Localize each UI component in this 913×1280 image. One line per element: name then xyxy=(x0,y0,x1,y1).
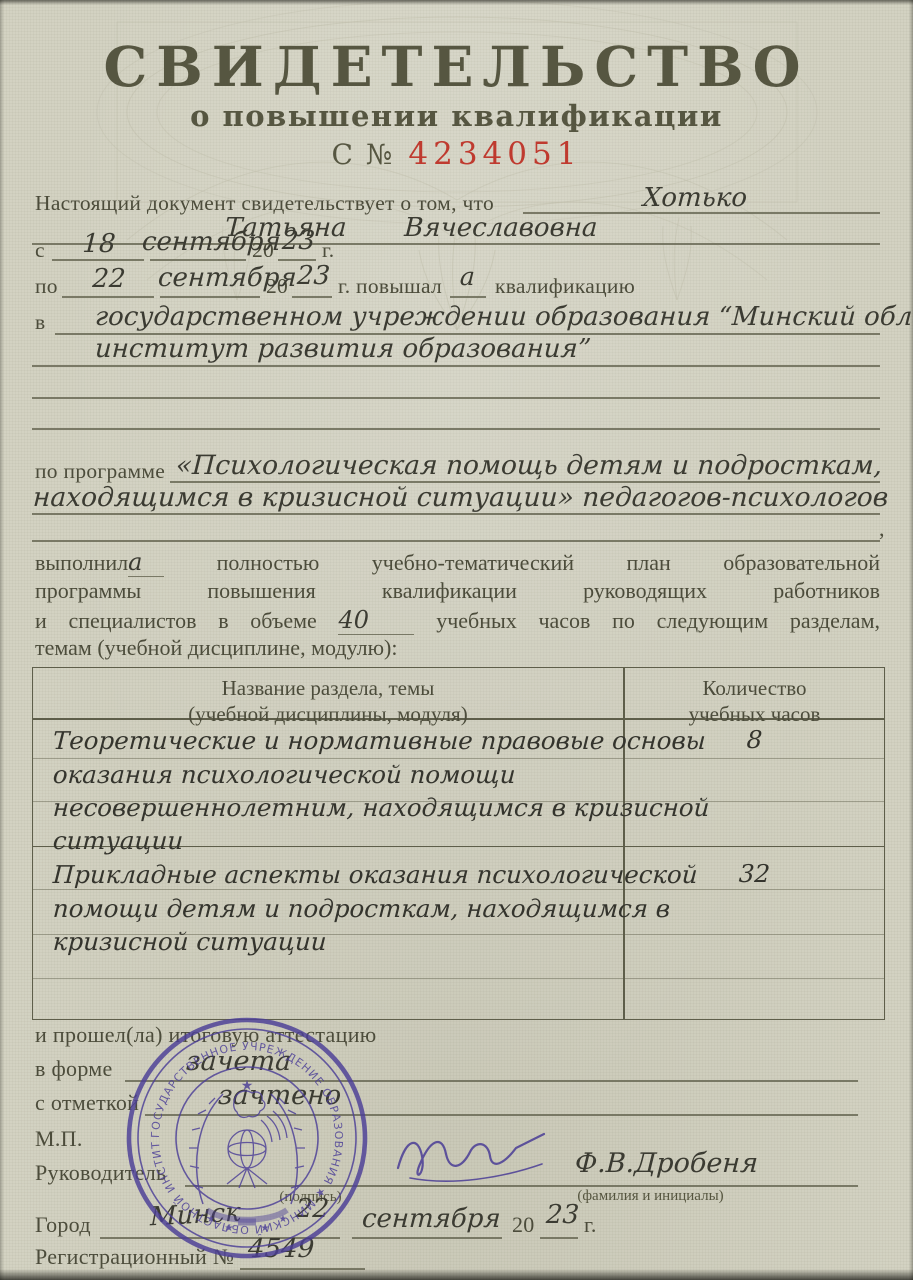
from-month-value: сентября xyxy=(141,227,281,257)
gender-ending-value: а xyxy=(459,262,475,291)
completed-word: выполнил xyxy=(35,550,128,575)
head-name-value: Ф.В.Дробеня xyxy=(574,1148,759,1179)
institution-line1-value: государственном учреждении образования “… xyxy=(94,302,913,332)
photo-edge-shadow xyxy=(909,0,913,1280)
col2-header-line1: Количество xyxy=(623,675,886,701)
gender-blank: а xyxy=(128,548,164,577)
coat-of-arms xyxy=(189,1091,305,1222)
institution-line2-value: институт развития образования” xyxy=(94,334,592,364)
col2-header: Количество учебных часов xyxy=(623,675,886,727)
completed-paragraph-line1: выполнила полностью учебно-тематический … xyxy=(35,548,880,577)
blank-line xyxy=(150,259,246,261)
blank-line xyxy=(62,296,154,298)
svg-text:★: ★ xyxy=(241,1079,254,1094)
program-line2-value: находящимся в кризисной ситуации» педаго… xyxy=(32,482,889,513)
table-row-topic-line: ситуации xyxy=(52,826,184,855)
stamp-stars: ★ ★ ★ ★ ★ xyxy=(207,1079,288,1234)
col2-header-line2: учебных часов xyxy=(623,701,886,727)
series-prefix: С № xyxy=(332,138,395,171)
in-label: в xyxy=(35,310,45,335)
stamp-ring-text: ГОСУДАРСТВЕННОЕ УЧРЕЖДЕНИЕ ОБРАЗОВАНИЯ ★… xyxy=(107,998,345,1236)
to-month-value: сентября xyxy=(157,263,297,293)
sign-year-suffix: г. xyxy=(584,1212,597,1238)
certificate-photo: СВИДЕТЕЛЬСТВО о повышении квалификации С… xyxy=(0,0,913,1280)
blank-line xyxy=(450,296,486,298)
line3-pre: и специалистов в объеме xyxy=(35,608,317,633)
hours-total-blank: 40 xyxy=(338,606,414,635)
to-day-value: 22 xyxy=(67,264,151,294)
surname-value: Хотько xyxy=(529,183,861,213)
sign-year-value: 23 xyxy=(545,1200,580,1230)
from-day-value: 18 xyxy=(57,229,141,259)
svg-text:★: ★ xyxy=(225,1223,234,1234)
blank-line xyxy=(160,296,260,298)
to-label: по xyxy=(35,274,58,299)
city-label: Город xyxy=(35,1212,91,1238)
col1-header-line1: Название раздела, темы xyxy=(33,675,623,701)
table-row-topic-line: несовершеннолетним, находящимся в кризис… xyxy=(52,793,710,822)
curriculum-table: Название раздела, темы (учебной дисципли… xyxy=(32,667,885,1020)
table-row-topic-line: оказания психологической помощи xyxy=(52,760,516,789)
svg-text:★: ★ xyxy=(261,1223,270,1234)
hours-total-value: 40 xyxy=(338,606,369,634)
sign-year-prefix: 20 xyxy=(512,1212,535,1238)
svg-text:ГОСУДАРСТВЕННОЕ УЧРЕЖДЕНИЕ ОБР: ГОСУДАРСТВЕННОЕ УЧРЕЖДЕНИЕ ОБРАЗОВАНИЯ ★… xyxy=(107,998,345,1236)
row-line xyxy=(33,978,884,979)
blank-line xyxy=(32,397,880,399)
from-label: с xyxy=(35,238,45,263)
svg-text:★: ★ xyxy=(279,1214,288,1225)
photo-edge-shadow xyxy=(0,0,913,5)
table-row-topic-line: помощи детям и подросткам, находящимся в xyxy=(52,894,671,923)
table-row-topic-line: Прикладные аспекты оказания психологичес… xyxy=(52,860,698,889)
program-line1-value: «Психологическая помощь детям и подростк… xyxy=(175,450,883,481)
serial-row: С №4234051 xyxy=(0,136,913,172)
completed-paragraph-line4: темам (учебной дисциплине, модулю): xyxy=(35,635,880,661)
table-row-topic-line: Теоретические и нормативные правовые осн… xyxy=(52,726,706,755)
col1-header: Название раздела, темы (учебной дисципли… xyxy=(33,675,623,727)
blank-line xyxy=(52,259,144,261)
completed-line1-rest: полностью учебно-тематический план образ… xyxy=(217,550,880,575)
blank-line xyxy=(32,428,880,430)
serial-number: 4234051 xyxy=(408,136,581,172)
svg-text:★: ★ xyxy=(207,1214,216,1225)
signature xyxy=(392,1124,552,1190)
row-line xyxy=(33,758,884,759)
photo-edge-shadow xyxy=(0,1269,913,1280)
official-seal-stamp: ГОСУДАРСТВЕННОЕ УЧРЕЖДЕНИЕ ОБРАЗОВАНИЯ ★… xyxy=(107,998,387,1278)
blank-line xyxy=(32,365,880,367)
col1-header-line2: (учебной дисциплины, модуля) xyxy=(33,701,623,727)
blank-line xyxy=(540,1237,578,1239)
completed-ending-value: а xyxy=(128,548,142,576)
certificate-subtitle: о повышении квалификации xyxy=(0,99,913,133)
from-year-value: 23 xyxy=(281,226,316,256)
table-row-hours: 8 xyxy=(622,725,887,754)
qualification-label: квалификацию xyxy=(495,274,635,299)
completed-paragraph-line2: программы повышения квалификации руковод… xyxy=(35,578,880,604)
certificate-title: СВИДЕТЕЛЬСТВО xyxy=(0,34,913,99)
seal-placeholder: М.П. xyxy=(35,1126,83,1152)
to-year-value: 23 xyxy=(296,261,331,291)
trailing-comma: , xyxy=(879,516,885,542)
blank-line xyxy=(32,540,880,542)
row-line xyxy=(33,889,884,890)
table-row-topic-line: кризисной ситуации xyxy=(52,927,327,956)
blank-line xyxy=(292,296,332,298)
table-row-hours: 32 xyxy=(622,859,887,888)
line3-post: учебных часов по следующим разделам, xyxy=(436,608,880,633)
form-label: в форме xyxy=(35,1056,113,1082)
raised-label: г. повышал xyxy=(338,274,442,299)
photo-edge-shadow xyxy=(0,0,4,1280)
blank-line xyxy=(32,513,880,515)
program-label: по программе xyxy=(35,459,165,484)
completed-paragraph-line3: и специалистов в объеме 40 учебных часов… xyxy=(35,606,880,635)
